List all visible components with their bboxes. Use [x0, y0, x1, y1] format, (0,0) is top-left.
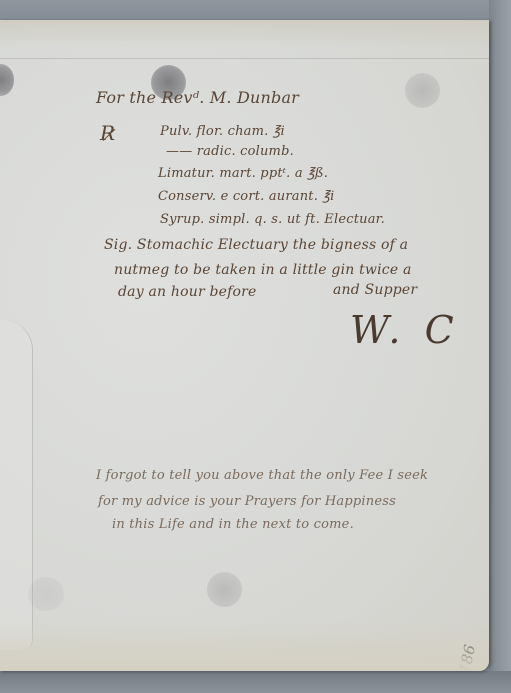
repaired-paper-edge — [0, 320, 33, 650]
recipe-symbol: R̷ — [100, 121, 115, 145]
manuscript-page: For the Revᵈ. M. Dunbar R̷ Pulv. flor. c… — [0, 20, 489, 671]
prescription-line: —— radic. columb. — [166, 144, 294, 159]
stamp-blot-left — [0, 64, 14, 96]
mount-right-border — [489, 0, 511, 693]
directions-line: Sig. Stomachic Electuary the bigness of … — [104, 237, 408, 253]
directions-line: and Supper — [333, 282, 417, 298]
prescription-line: Conserv. e cort. aurant. ℥i — [158, 189, 334, 204]
stamp-blot-right — [405, 73, 440, 108]
directions-line: day an hour before — [118, 284, 257, 300]
prescription-line: Pulv. flor. cham. ℥i — [160, 124, 285, 139]
prescription-line: Syrup. simpl. q. s. ut ft. Electuar. — [160, 212, 385, 227]
postscript-line: in this Life and in the next to come. — [112, 517, 354, 532]
directions-line: nutmeg to be taken in a little gin twice… — [114, 262, 412, 278]
postscript-line: for my advice is your Prayers for Happin… — [98, 494, 396, 509]
stamp-blot-bottom — [207, 572, 242, 607]
folio-number: 186 — [456, 643, 480, 671]
mount-bottom-border — [0, 671, 511, 693]
postscript-line: I forgot to tell you above that the only… — [96, 468, 428, 483]
mount-top-border — [0, 0, 511, 20]
prescription-line: Limatur. mart. pptᵗ. a ℥ß. — [158, 166, 328, 181]
stamp-blot-bottom-left — [28, 577, 64, 611]
letter-heading: For the Revᵈ. M. Dunbar — [96, 88, 299, 107]
paper-fold-line — [0, 58, 489, 59]
signature-initials: W. C — [350, 308, 460, 352]
